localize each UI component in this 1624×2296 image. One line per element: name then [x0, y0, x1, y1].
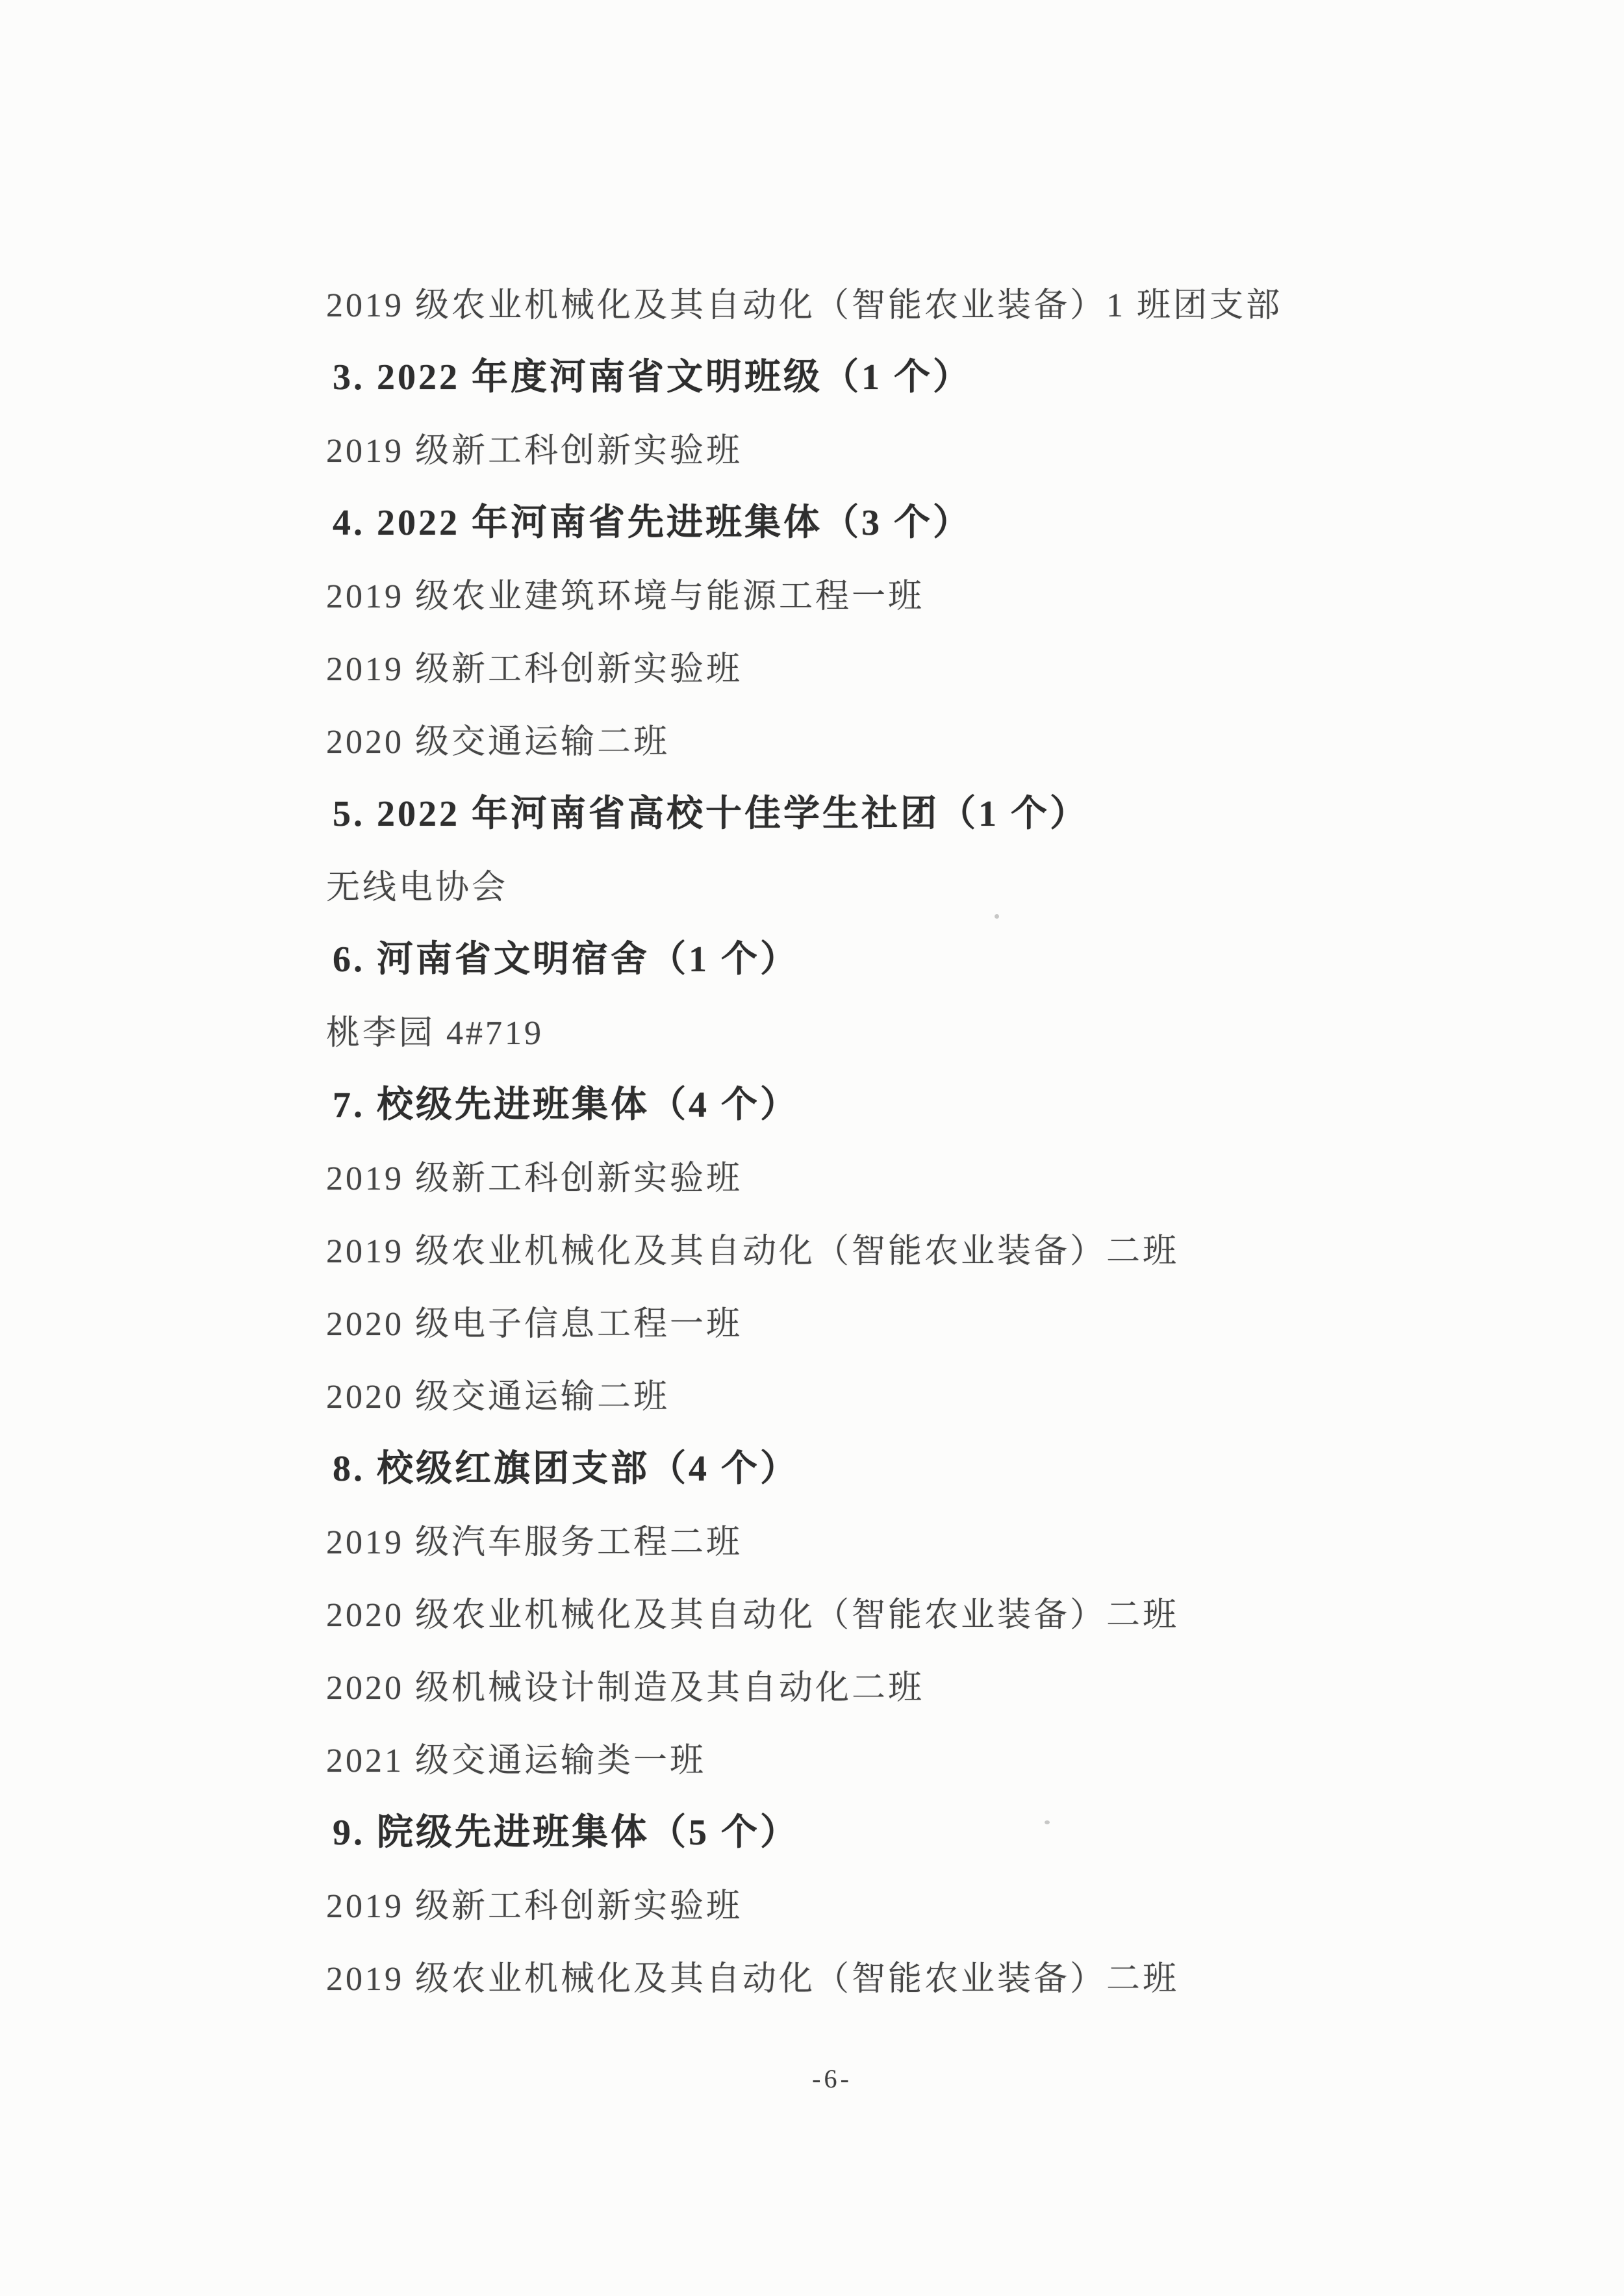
list-item: 2019 级新工科创新实验班 — [326, 411, 1624, 483]
list-item: 2019 级新工科创新实验班 — [326, 1138, 1624, 1211]
list-item: 无线电协会 — [326, 847, 1624, 920]
list-item: 2019 级农业机械化及其自动化（智能农业装备）二班 — [326, 1939, 1624, 2011]
list-item: 2020 级交通运输二班 — [326, 1357, 1624, 1429]
scan-artifact-speck — [995, 914, 999, 919]
list-item: 2019 级农业机械化及其自动化（智能农业装备）1 班团支部 — [326, 265, 1624, 338]
list-item: 2020 级交通运输二班 — [326, 702, 1624, 774]
section-heading: 5. 2022 年河南省高校十佳学生社团（1 个） — [333, 774, 1624, 847]
document-page: 2019 级农业机械化及其自动化（智能农业装备）1 班团支部 3. 2022 年… — [0, 0, 1624, 2296]
list-item: 2020 级机械设计制造及其自动化二班 — [326, 1648, 1624, 1720]
list-item: 2021 级交通运输类一班 — [326, 1720, 1624, 1793]
section-heading: 7. 校级先进班集体（4 个） — [333, 1065, 1624, 1138]
section-heading: 4. 2022 年河南省先进班集体（3 个） — [333, 483, 1624, 556]
list-item: 2019 级农业机械化及其自动化（智能农业装备）二班 — [326, 1211, 1624, 1284]
list-item: 2019 级农业建筑环境与能源工程一班 — [326, 556, 1624, 629]
document-body: 2019 级农业机械化及其自动化（智能农业装备）1 班团支部 3. 2022 年… — [0, 265, 1624, 2011]
section-heading: 6. 河南省文明宿舍（1 个） — [333, 920, 1624, 993]
section-heading: 9. 院级先进班集体（5 个） — [333, 1793, 1624, 1866]
section-heading: 8. 校级红旗团支部（4 个） — [333, 1429, 1624, 1502]
list-item: 2019 级新工科创新实验班 — [326, 629, 1624, 702]
list-item: 桃李园 4#719 — [326, 993, 1624, 1065]
section-heading: 3. 2022 年度河南省文明班级（1 个） — [333, 338, 1624, 411]
list-item: 2019 级汽车服务工程二班 — [326, 1502, 1624, 1575]
scan-artifact-speck — [1045, 1820, 1050, 1824]
list-item: 2019 级新工科创新实验班 — [326, 1866, 1624, 1939]
list-item: 2020 级电子信息工程一班 — [326, 1284, 1624, 1357]
list-item: 2020 级农业机械化及其自动化（智能农业装备）二班 — [326, 1575, 1624, 1648]
page-number: -6- — [812, 2063, 852, 2094]
